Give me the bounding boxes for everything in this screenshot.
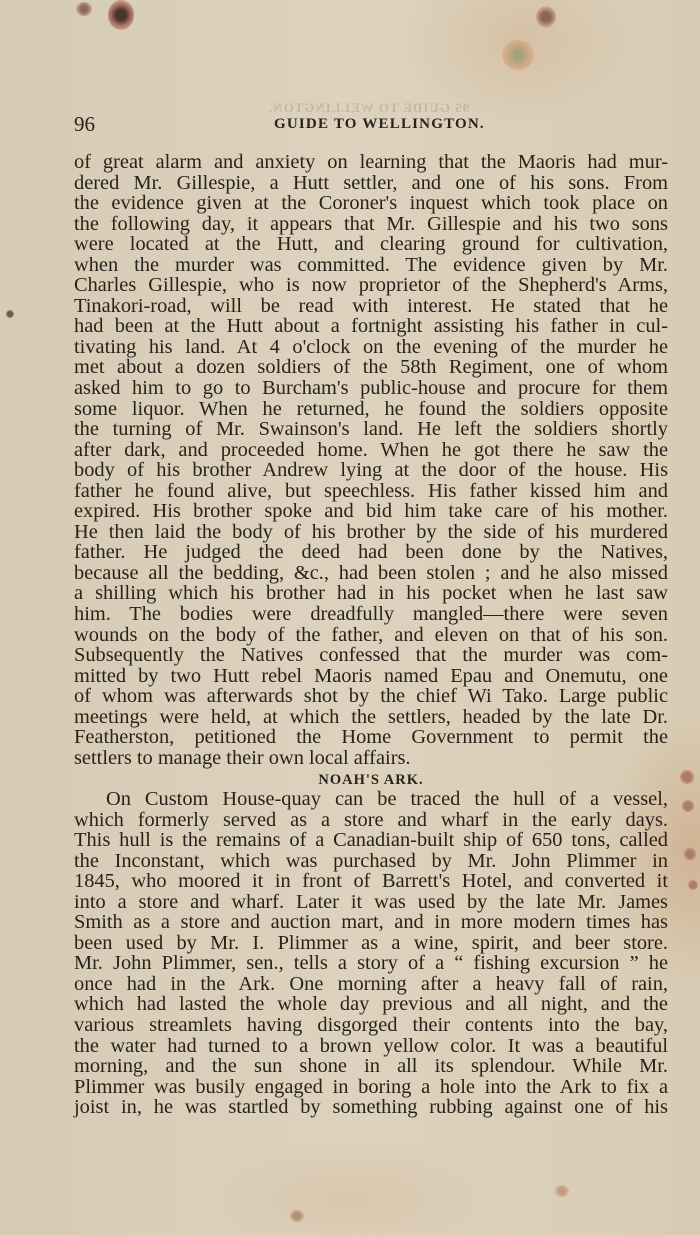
foxing-stain [6,310,14,318]
foxing-stain [502,40,534,70]
text-line: Mr. John Plimmer, sen., tells a story of… [74,953,668,974]
text-line: asked him to go to Burcham's public-hous… [74,378,668,399]
text-line: He then laid the body of his brother by … [74,522,668,543]
paragraph-2: On Custom House-quay can be traced the h… [74,789,668,1118]
foxing-stain [688,880,698,890]
text-line: the following day, it appears that Mr. G… [74,214,668,235]
foxing-stain [108,0,134,30]
foxing-stain [536,6,556,28]
text-line: morning, and the sun shone in all its sp… [74,1056,668,1077]
text-line: mitted by two Hutt rebel Maoris named Ep… [74,666,668,687]
text-line: were located at the Hutt, and clearing g… [74,234,668,255]
text-line: met about a dozen soldiers of the 58th R… [74,357,668,378]
text-line: some liquor. When he returned, he found … [74,399,668,420]
foxing-stain [684,848,696,860]
text-line: once had in the Ark. One morning after a… [74,974,668,995]
text-line: joist in, he was startled by something r… [74,1097,668,1118]
text-line: 1845, who moored it in front of Barrett'… [74,871,668,892]
text-line: various streamlets having disgorged thei… [74,1015,668,1036]
running-head: GUIDE TO WELLINGTON. [274,116,485,133]
text-line: settlers to manage their own local affai… [74,748,668,769]
text-line: the water had turned to a brown yellow c… [74,1036,668,1057]
text-line: a shilling which his brother had in his … [74,583,668,604]
text-line: father he found alive, but speechless. H… [74,481,668,502]
text-line: been used by Mr. I. Plimmer as a wine, s… [74,933,668,954]
foxing-stain [680,770,694,784]
text-line: body of his brother Andrew lying at the … [74,460,668,481]
text-line: when the murder was committed. The evide… [74,255,668,276]
text-line: into a store and wharf. Later it was use… [74,892,668,913]
foxing-stain [76,2,92,16]
text-line: dered Mr. Gillespie, a Hutt settler, and… [74,173,668,194]
page-header: 96 GUIDE TO WELLINGTON. [74,112,634,138]
page-number: 96 [74,112,95,137]
foxing-stain [682,800,694,812]
text-line: This hull is the remains of a Canadian-b… [74,830,668,851]
text-line: the Inconstant, which was purchased by M… [74,851,668,872]
text-line: Plimmer was busily engaged in boring a h… [74,1077,668,1098]
text-line: Tinakori-road, will be read with interes… [74,296,668,317]
text-line: which had lasted the whole day previous … [74,994,668,1015]
text-line: father. He judged the deed had been done… [74,542,668,563]
foxing-stain [290,1210,304,1222]
text-line: tivating his land. At 4 o'clock on the e… [74,337,668,358]
text-line: which formerly served as a store and wha… [74,810,668,831]
text-line: Smith as a store and auction mart, and i… [74,912,668,933]
text-line: because all the bedding, &c., had been s… [74,563,668,584]
paragraph-1: of great alarm and anxiety on learning t… [74,152,668,768]
text-line: had been at the Hutt about a fortnight a… [74,316,668,337]
text-line: of great alarm and anxiety on learning t… [74,152,668,173]
text-line: him. The bodies were dreadfully mangled—… [74,604,668,625]
text-line: meetings were held, at which the settler… [74,707,668,728]
text-line: the turning of Mr. Swainson's land. He l… [74,419,668,440]
text-line: On Custom House-quay can be traced the h… [74,789,668,810]
text-line: wounds on the body of the father, and el… [74,625,668,646]
text-line: of whom was afterwards shot by the chief… [74,686,668,707]
text-line: Charles Gillespie, who is now proprietor… [74,275,668,296]
body-text: of great alarm and anxiety on learning t… [74,152,668,1118]
foxing-stain [555,1185,569,1197]
text-line: after dark, and proceeded home. When he … [74,440,668,461]
text-line: Featherston, petitioned the Home Governm… [74,727,668,748]
text-line: Subsequently the Natives confessed that … [74,645,668,666]
text-line: the evidence given at the Coroner's inqu… [74,193,668,214]
text-line: expired. His brother spoke and bid him t… [74,501,668,522]
scanned-page: 95 GUIDE TO WELLINGTON. 96 GUIDE TO WELL… [0,0,700,1235]
section-heading: NOAH'S ARK. [74,768,668,789]
